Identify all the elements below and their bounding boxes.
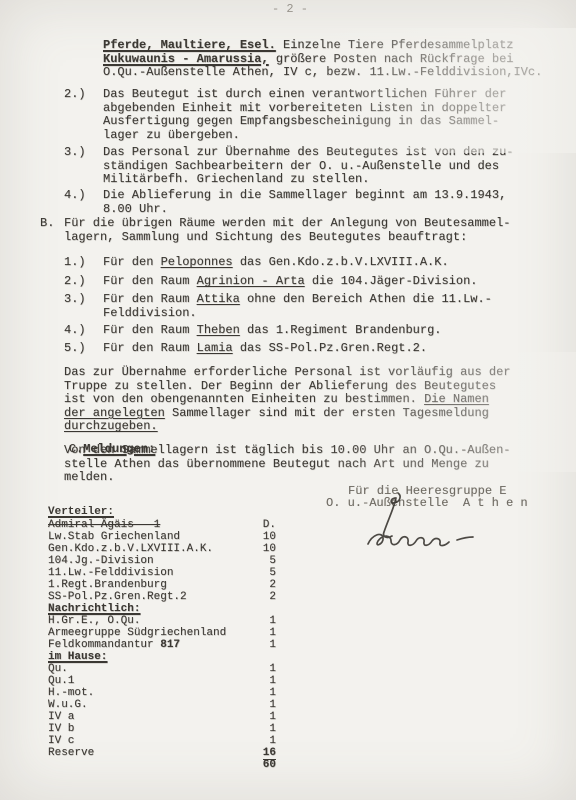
row-count: 1 [250,711,276,723]
row-count: 10 [250,543,276,555]
table-row: H.Gr.E., O.Qu.1 [48,615,276,627]
row-name: 11.Lw.-Felddivision [48,567,250,579]
table-row: IV b1 [48,723,276,735]
table-row: Admiral Ägäis 1D. [48,519,276,531]
table-row: Qu.1 [48,663,276,675]
section-b-intro: Für die übrigen Räume werden mit der Anl… [64,217,510,244]
item-number: 5.) [64,342,103,356]
table-row: Feldkommandantur 8171 [48,639,276,651]
row-name: IV a [48,711,250,723]
table-row: Qu.11 [48,675,276,687]
row-count: 1 [250,687,276,699]
table-row: 11.Lw.-Felddivision5 [48,567,276,579]
row-count: 1 [250,699,276,711]
row-count: 10 [250,531,276,543]
row-count: 2 [250,591,276,603]
row-count: 1 [250,615,276,627]
list-item-3: 3.) Das Personal zur Übernahme des Beute… [64,146,513,187]
table-total-row: 60 [48,759,276,771]
scanned-document-page: - 2 - Pferde, Maultiere, Esel. Einzelne … [0,0,576,800]
table-row: H.-mot.1 [48,687,276,699]
page-number: - 2 - [272,3,308,17]
row-name: 104.Jg.-Division [48,555,250,567]
intro-paragraph: Pferde, Maultiere, Esel. Einzelne Tiere … [103,39,542,80]
table-row: 1.Regt.Brandenburg2 [48,579,276,591]
total-count: 60 [250,759,276,771]
row-name: Admiral Ägäis 1 [48,519,250,531]
row-count: 1 [250,735,276,747]
handwritten-signature [300,490,480,565]
b-closing-paragraph: Das zur Übernahme erforderliche Personal… [64,366,510,434]
item-number: 4.) [64,189,103,216]
intro-line-2: Kukuwaunis - Amarussia, größere Posten n… [103,53,542,67]
item-number: 3.) [64,293,103,320]
row-name: Lw.Stab Griechenland [48,531,250,543]
b-list-item-3: 3.) Für den Raum Attika ohne den Bereich… [64,293,492,320]
table-row: IV c1 [48,735,276,747]
item-number: 4.) [64,324,103,338]
table-row: Lw.Stab Griechenland10 [48,531,276,543]
item-body: Das Beutegut ist durch einen verantwortl… [103,88,506,142]
row-count: 5 [250,567,276,579]
table-row: W.u.G.1 [48,699,276,711]
row-name: SS-Pol.Pz.Gren.Regt.2 [48,591,250,603]
table-row-reserve: Reserve16 [48,747,276,759]
row-name: Qu.1 [48,675,250,687]
row-count: 1 [250,675,276,687]
table-row: Gen.Kdo.z.b.V.LXVIII.A.K.10 [48,543,276,555]
list-item-4: 4.) Die Ablieferung in die Sammellager b… [64,189,506,216]
table-row: 104.Jg.-Division5 [48,555,276,567]
row-name: 1.Regt.Brandenburg [48,579,250,591]
item-body: Das Personal zur Übernahme des Beutegute… [103,146,513,187]
item-number: 3.) [64,146,103,187]
row-count: 16 [250,747,276,759]
b-list-item-4: 4.) Für den Raum Theben das 1.Regiment B… [64,324,441,338]
row-name: Feldkommandantur 817 [48,639,250,651]
row-name: Reserve [48,747,250,759]
item-body: Die Ablieferung in die Sammellager begin… [103,189,506,216]
table-row: SS-Pol.Pz.Gren.Regt.22 [48,591,276,603]
row-count: 1 [250,663,276,675]
row-name: W.u.G. [48,699,250,711]
intro-line-3: O.Qu.-Außenstelle Athen, IV c, bezw. 11.… [103,66,542,80]
b-list-item-2: 2.) Für den Raum Agrinion - Arta die 104… [64,275,477,289]
row-count: D. [250,519,276,531]
table-subheading: Nachrichtlich: [48,603,276,615]
section-b-label: B. [40,217,54,231]
row-name: H.Gr.E., O.Qu. [48,615,250,627]
row-count: 1 [250,723,276,735]
row-count: 2 [250,579,276,591]
list-item-2: 2.) Das Beutegut ist durch einen verantw… [64,88,506,142]
row-name: Qu. [48,663,250,675]
row-count: 5 [250,555,276,567]
intro-line-1: Pferde, Maultiere, Esel. Einzelne Tiere … [103,39,542,53]
verteiler-heading: Verteiler: [48,506,276,519]
row-count: 1 [250,639,276,651]
row-name: Armeegruppe Südgriechenland [48,627,250,639]
b-list-item-1: 1.) Für den Peloponnes das Gen.Kdo.z.b.V… [64,256,449,270]
b-list-item-5: 5.) Für den Raum Lamia das SS-Pol.Pz.Gre… [64,342,427,356]
item-number: 2.) [64,275,103,289]
row-name: H.-mot. [48,687,250,699]
row-name: IV c [48,735,250,747]
item-number: 1.) [64,256,103,270]
row-name: IV b [48,723,250,735]
table-row: Armeegruppe Südgriechenland1 [48,627,276,639]
row-count: 1 [250,627,276,639]
section-c-paragraph: Von den Sammellagern ist täglich bis 10.… [64,444,510,485]
row-name: Gen.Kdo.z.b.V.LXVIII.A.K. [48,543,250,555]
table-subheading: im Hause: [48,651,276,663]
verteiler-table: Verteiler: Admiral Ägäis 1D. Lw.Stab Gri… [48,506,276,771]
table-row: IV a1 [48,711,276,723]
item-number: 2.) [64,88,103,142]
